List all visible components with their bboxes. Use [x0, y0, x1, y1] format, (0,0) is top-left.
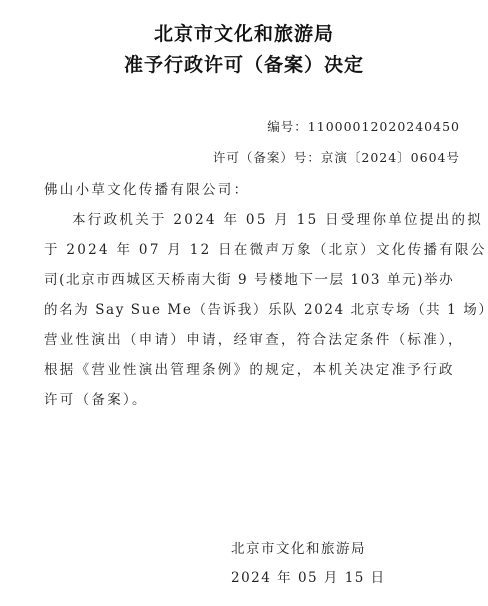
body-line-3: 司(北京市西城区天桥南大街 9 号楼地下一层 103 单元)举办: [44, 268, 454, 288]
permit-number: 许可（备案）号：京演〔2024〕0604号: [213, 148, 460, 166]
body-line-1: 本行政机关于 2024 年 05 月 15 日受理你单位提出的拟: [72, 208, 483, 228]
body-line-5: 营业性演出（申请）申请，经审查，符合法定条件（标准），: [44, 328, 464, 348]
body-line-6: 根据《营业性演出管理条例》的规定，本机关决定准予行政: [44, 358, 455, 378]
issuer-title: 北京市文化和旅游局: [0, 19, 488, 46]
body-line-2: 于 2024 年 07 月 12 日在微声万象（北京）文化传播有限公: [44, 238, 487, 258]
signature-issuer: 北京市文化和旅游局: [231, 537, 366, 557]
document-title: 准予行政许可（备案）决定: [0, 50, 488, 77]
serial-number: 编号：11000012020240450: [267, 117, 460, 135]
signature-date: 2024 年 05 月 15 日: [231, 566, 386, 586]
body-line-7: 许可（备案）。: [44, 388, 148, 408]
addressee: 佛山小草文化传播有限公司：: [44, 178, 249, 198]
body-line-4: 的名为 Say Sue Me（告诉我）乐队 2024 北京专场（共 1 场）: [44, 298, 488, 318]
